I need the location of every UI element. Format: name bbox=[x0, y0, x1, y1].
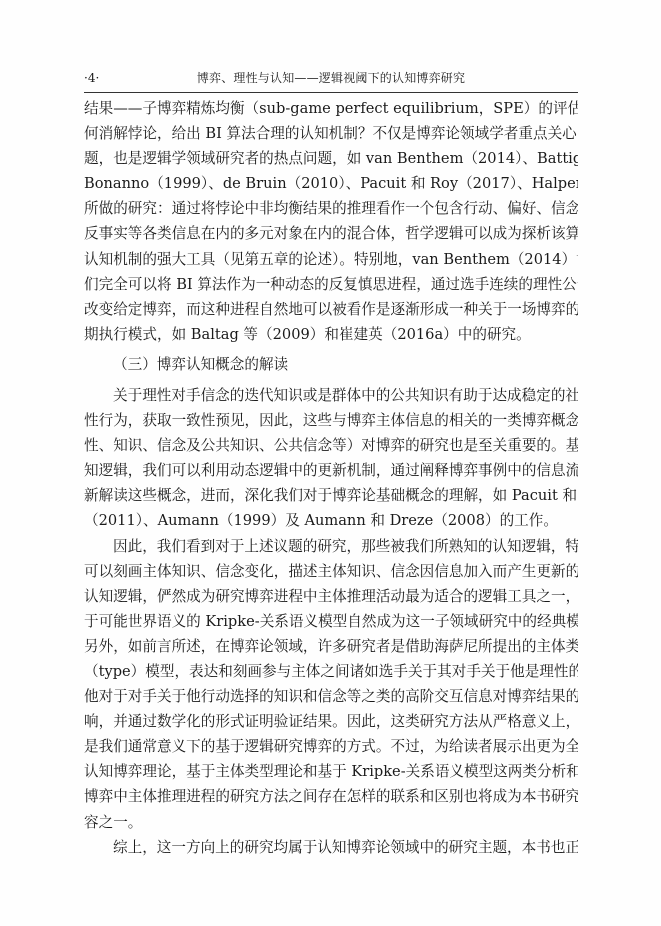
text-line: 响，并通过数学化的形式证明验证结果。因此，这类研究方法从严格意义上，并非 bbox=[84, 709, 578, 734]
text-line: 所做的研究：通过将悖论中非均衡结果的推理看作一个包含行动、偏好、信念和 bbox=[84, 196, 578, 221]
paragraph-2: 关于理性对手信念的迭代知识或是群体中的公共知识有助于达成稳定的社会 性行为，获取… bbox=[84, 383, 578, 534]
section-heading: （三）博弈认知概念的解读 bbox=[84, 349, 578, 381]
text-line: 反事实等各类信息在内的多元对象在内的混合体，哲学逻辑可以成为探析该算法 bbox=[84, 221, 578, 246]
text-line: 容之一。 bbox=[84, 810, 578, 835]
book-title: 博弈、理性与认知——逻辑视阈下的认知博弈研究 bbox=[84, 68, 578, 88]
text-line: 性、知识、信念及公共知识、公共信念等）对博弈的研究也是至关重要的。基于认 bbox=[84, 433, 578, 458]
text-line: 期执行模式，如 Baltag 等（2009）和崔建英（2016a）中的研究。 bbox=[84, 322, 578, 347]
text-line: 知逻辑，我们可以利用动态逻辑中的更新机制，通过阐释博弈事例中的信息流动重 bbox=[84, 458, 578, 483]
text-line: 因此，我们看到对于上述议题的研究，那些被我们所熟知的认知逻辑，特别是 bbox=[84, 534, 578, 559]
text-line: 关于理性对手信念的迭代知识或是群体中的公共知识有助于达成稳定的社会 bbox=[84, 383, 578, 408]
text-line: 题，也是逻辑学领域研究者的热点问题，如 van Benthem（2014）、Ba… bbox=[84, 146, 578, 171]
text-line: 结果——子博弈精炼均衡（sub-game perfect equilibrium… bbox=[84, 96, 578, 121]
text-line: 综上，这一方向上的研究均属于认知博弈论领域中的研究主题，本书也正是围 bbox=[84, 835, 578, 860]
running-header: ·4· 博弈、理性与认知——逻辑视阈下的认知博弈研究 bbox=[84, 68, 578, 93]
text-line: 另外，如前言所述，在博弈论领域，许多研究者是借助海萨尼所提出的主体类型 bbox=[84, 634, 578, 659]
text-line: 于可能世界语义的 Kripke-关系语义模型自然成为这一子领域研究中的经典模型。 bbox=[84, 609, 578, 634]
text-line: 是我们通常意义下的基于逻辑研究博弈的方式。不过，为给读者展示出更为全面的 bbox=[84, 734, 578, 759]
text-line: 性行为，获取一致性预见，因此，这些与博弈主体信息的相关的一类博弈概念（理 bbox=[84, 408, 578, 433]
text-line: 们完全可以将 BI 算法作为一种动态的反复慎思进程，通过选手连续的理性公告 bbox=[84, 272, 578, 297]
text-line: （2011）、Aumann（1999）及 Aumann 和 Dreze（2008… bbox=[84, 508, 578, 533]
text-line: 认知逻辑，俨然成为研究博弈进程中主体推理活动最为适合的逻辑工具之一，而基 bbox=[84, 584, 578, 609]
paragraph-3: 因此，我们看到对于上述议题的研究，那些被我们所熟知的认知逻辑，特别是 可以刻画主… bbox=[84, 534, 578, 835]
text-line: 博弈中主体推理进程的研究方法之间存在怎样的联系和区别也将成为本书研究内 bbox=[84, 784, 578, 809]
text-line: 认知机制的强大工具（见第五章的论述）。特别地，van Benthem（2014）… bbox=[84, 247, 578, 272]
text-line: 可以刻画主体知识、信念变化，描述主体知识、信念因信息加入而产生更新的动态 bbox=[84, 559, 578, 584]
paragraph-1: 结果——子博弈精炼均衡（sub-game perfect equilibrium… bbox=[84, 96, 578, 347]
text-line: 何消解悖论，给出 BI 算法合理的认知机制？不仅是博弈论领域学者重点关心的问 bbox=[84, 121, 578, 146]
text-line: 改变给定博弈，而这种进程自然地可以被看作是逐渐形成一种关于一场博弈的预 bbox=[84, 297, 578, 322]
text-line: 新解读这些概念，进而，深化我们对于博弈论基础概念的理解，如 Pacuit 和 R… bbox=[84, 483, 578, 508]
text-line: （type）模型，表达和刻画参与主体之间诸如选手关于其对手关于他是理性的知识、 bbox=[84, 659, 578, 684]
text-line: 认知博弈理论，基于主体类型理论和基于 Kripke-关系语义模型这两类分析和刻画 bbox=[84, 759, 578, 784]
book-page: ·4· 博弈、理性与认知——逻辑视阈下的认知博弈研究 结果——子博弈精炼均衡（s… bbox=[0, 0, 661, 926]
text-line: Bonanno（1999）、de Bruin（2010）、Pacuit 和 Ro… bbox=[84, 171, 578, 196]
page-body: 结果——子博弈精炼均衡（sub-game perfect equilibrium… bbox=[84, 96, 578, 860]
paragraph-4: 综上，这一方向上的研究均属于认知博弈论领域中的研究主题，本书也正是围 bbox=[84, 835, 578, 860]
text-line: 他对于对手关于他行动选择的知识和信念等之类的高阶交互信息对博弈结果的影 bbox=[84, 684, 578, 709]
